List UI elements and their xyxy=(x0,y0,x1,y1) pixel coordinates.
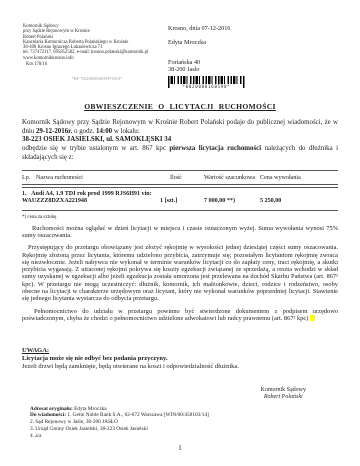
intro-text: w lokalu: xyxy=(112,128,140,135)
addressee-block: Krosno, dnia 07-12-2016 Edyta Mroczka Fo… xyxy=(168,25,230,73)
reference-code: *KP *0020000160598*0419* xyxy=(72,77,122,81)
document-page: Komornik Sądowy przy Sądzie Rejonowym w … xyxy=(0,0,360,466)
cc-item: 3. Urząd Gminy Osiek Jasielski, 38-223 O… xyxy=(30,426,338,433)
page-number: 1 xyxy=(22,444,338,452)
document-body: OBWIESZCZENIE O LICYTACJI RUCHOMOŚCI Kom… xyxy=(0,102,360,452)
notice-block: UWAGA: Licytacja może się nie odbyć bez … xyxy=(22,347,338,371)
auction-time: 14:00 xyxy=(96,128,112,135)
distribution-list: Adresat oryginału: Edyta Mroczka Do wiad… xyxy=(30,406,338,440)
col-header-lp: Lp. xyxy=(22,175,36,181)
original-addressee-line: Adresat oryginału: Edyta Mroczka xyxy=(30,406,338,413)
item-name: Audi A4, 1.9 TDI rok prod 1999 RJS6H91 v… xyxy=(31,191,152,197)
intro-paragraph: Komornik Sądowy przy Sądzie Rejonowym w … xyxy=(22,119,338,163)
cc-label: Do wiadomości: xyxy=(30,412,66,418)
item-qty: 1 [szt.] xyxy=(160,198,204,206)
signer-title: Komornik Sądowy xyxy=(261,387,307,394)
signer-name: Robert Polański xyxy=(264,394,303,401)
auction-date: 29-12-2016r. xyxy=(36,128,72,135)
document-title: OBWIESZCZENIE O LICYTACJI RUCHOMOŚCI xyxy=(22,102,338,111)
cc-item: 2. Sąd Rejonowy w Jaśle, 38-200 JASŁO xyxy=(30,419,338,426)
intro-text: o godz. xyxy=(72,128,96,135)
divider xyxy=(22,170,338,171)
cc-line: Do wiadomości: 1. Getin Noble Bank S.A.,… xyxy=(30,412,338,419)
notice-line: Jeżeli drzwi będą zamknięte, będą otwier… xyxy=(22,363,338,371)
sender-line: www.komornikkrosno.info xyxy=(23,56,173,61)
col-header-qty: Ilość xyxy=(170,175,204,181)
auction-address: 38-223 OSIEK JASIELSKI, ul. SAMOKLĘSKI 3… xyxy=(22,136,171,143)
case-number: Km 178/16 xyxy=(23,62,173,67)
addressee-city: 38-200 Jasło xyxy=(168,66,230,73)
viewing-paragraph: Ruchomości można oglądać w dzień licytac… xyxy=(22,225,338,240)
item-call-price: 5 250,00 xyxy=(260,198,338,206)
original-addressee-name: Edyta Mroczka xyxy=(74,406,107,412)
table-footnote: *) cena za sztukę xyxy=(22,215,338,220)
item-vin: WAUZZZ8DZXA221948 xyxy=(22,198,170,206)
date-line: Krosno, dnia 07-12-2016 xyxy=(168,25,230,32)
col-header-name: Nazwa ruchomości xyxy=(36,175,170,181)
notice-label: UWAGA: xyxy=(22,347,338,355)
cc-item: 4. a/a xyxy=(30,433,338,440)
power-of-attorney-paragraph: Pełnomocnictwo do udziału w przetargu po… xyxy=(22,308,338,323)
divider xyxy=(22,210,338,211)
original-addressee-label: Adresat oryginału: xyxy=(30,406,73,412)
item-lp: 1. xyxy=(22,191,27,197)
intro-text: odbędzie się w trybie ustalonym w art. 8… xyxy=(22,145,169,152)
signature-block: Komornik Sądowy Robert Polański xyxy=(261,387,307,401)
double-divider xyxy=(22,184,338,188)
table-header: Lp. Nazwa ruchomości Ilość Wartość szacu… xyxy=(22,175,338,181)
addressee-address: Foriańska 40 38-200 Jasło xyxy=(168,59,230,73)
sender-block: Komornik Sądowy przy Sądzie Rejonowym w … xyxy=(23,24,173,67)
addressee-name: Edyta Mroczka xyxy=(168,39,230,46)
col-header-estimate: Wartość szacunkowa xyxy=(204,175,260,181)
item-name-cell: 1. Audi A4, 1.9 TDI rok prod 1999 RJS6H9… xyxy=(22,191,170,206)
auction-type: pierwsza licytacja ruchomości xyxy=(169,145,261,152)
barcode-text: *0020000160598* xyxy=(170,84,243,89)
col-header-call-price: Cena wywołania xyxy=(260,175,338,181)
addressee-street: Foriańska 40 xyxy=(168,59,230,66)
highlight-marker-icon xyxy=(310,315,315,321)
letterhead: Komornik Sądowy przy Sądzie Rejonowym w … xyxy=(0,0,360,92)
power-of-attorney-text: Pełnomocnictwo do udziału w przetargu po… xyxy=(22,308,338,322)
rules-paragraph: Przystępujący do przetargu obowiązany je… xyxy=(22,244,338,302)
table-row: 1. Audi A4, 1.9 TDI rok prod 1999 RJS6H9… xyxy=(22,191,338,206)
item-estimate: 7 000,00 **) xyxy=(204,198,260,206)
notice-line: Licytacja może się nie odbyć bez podania… xyxy=(22,355,338,363)
cc-item: 1. Getin Noble Bank S.A., 02-672 Warszaw… xyxy=(67,412,208,418)
